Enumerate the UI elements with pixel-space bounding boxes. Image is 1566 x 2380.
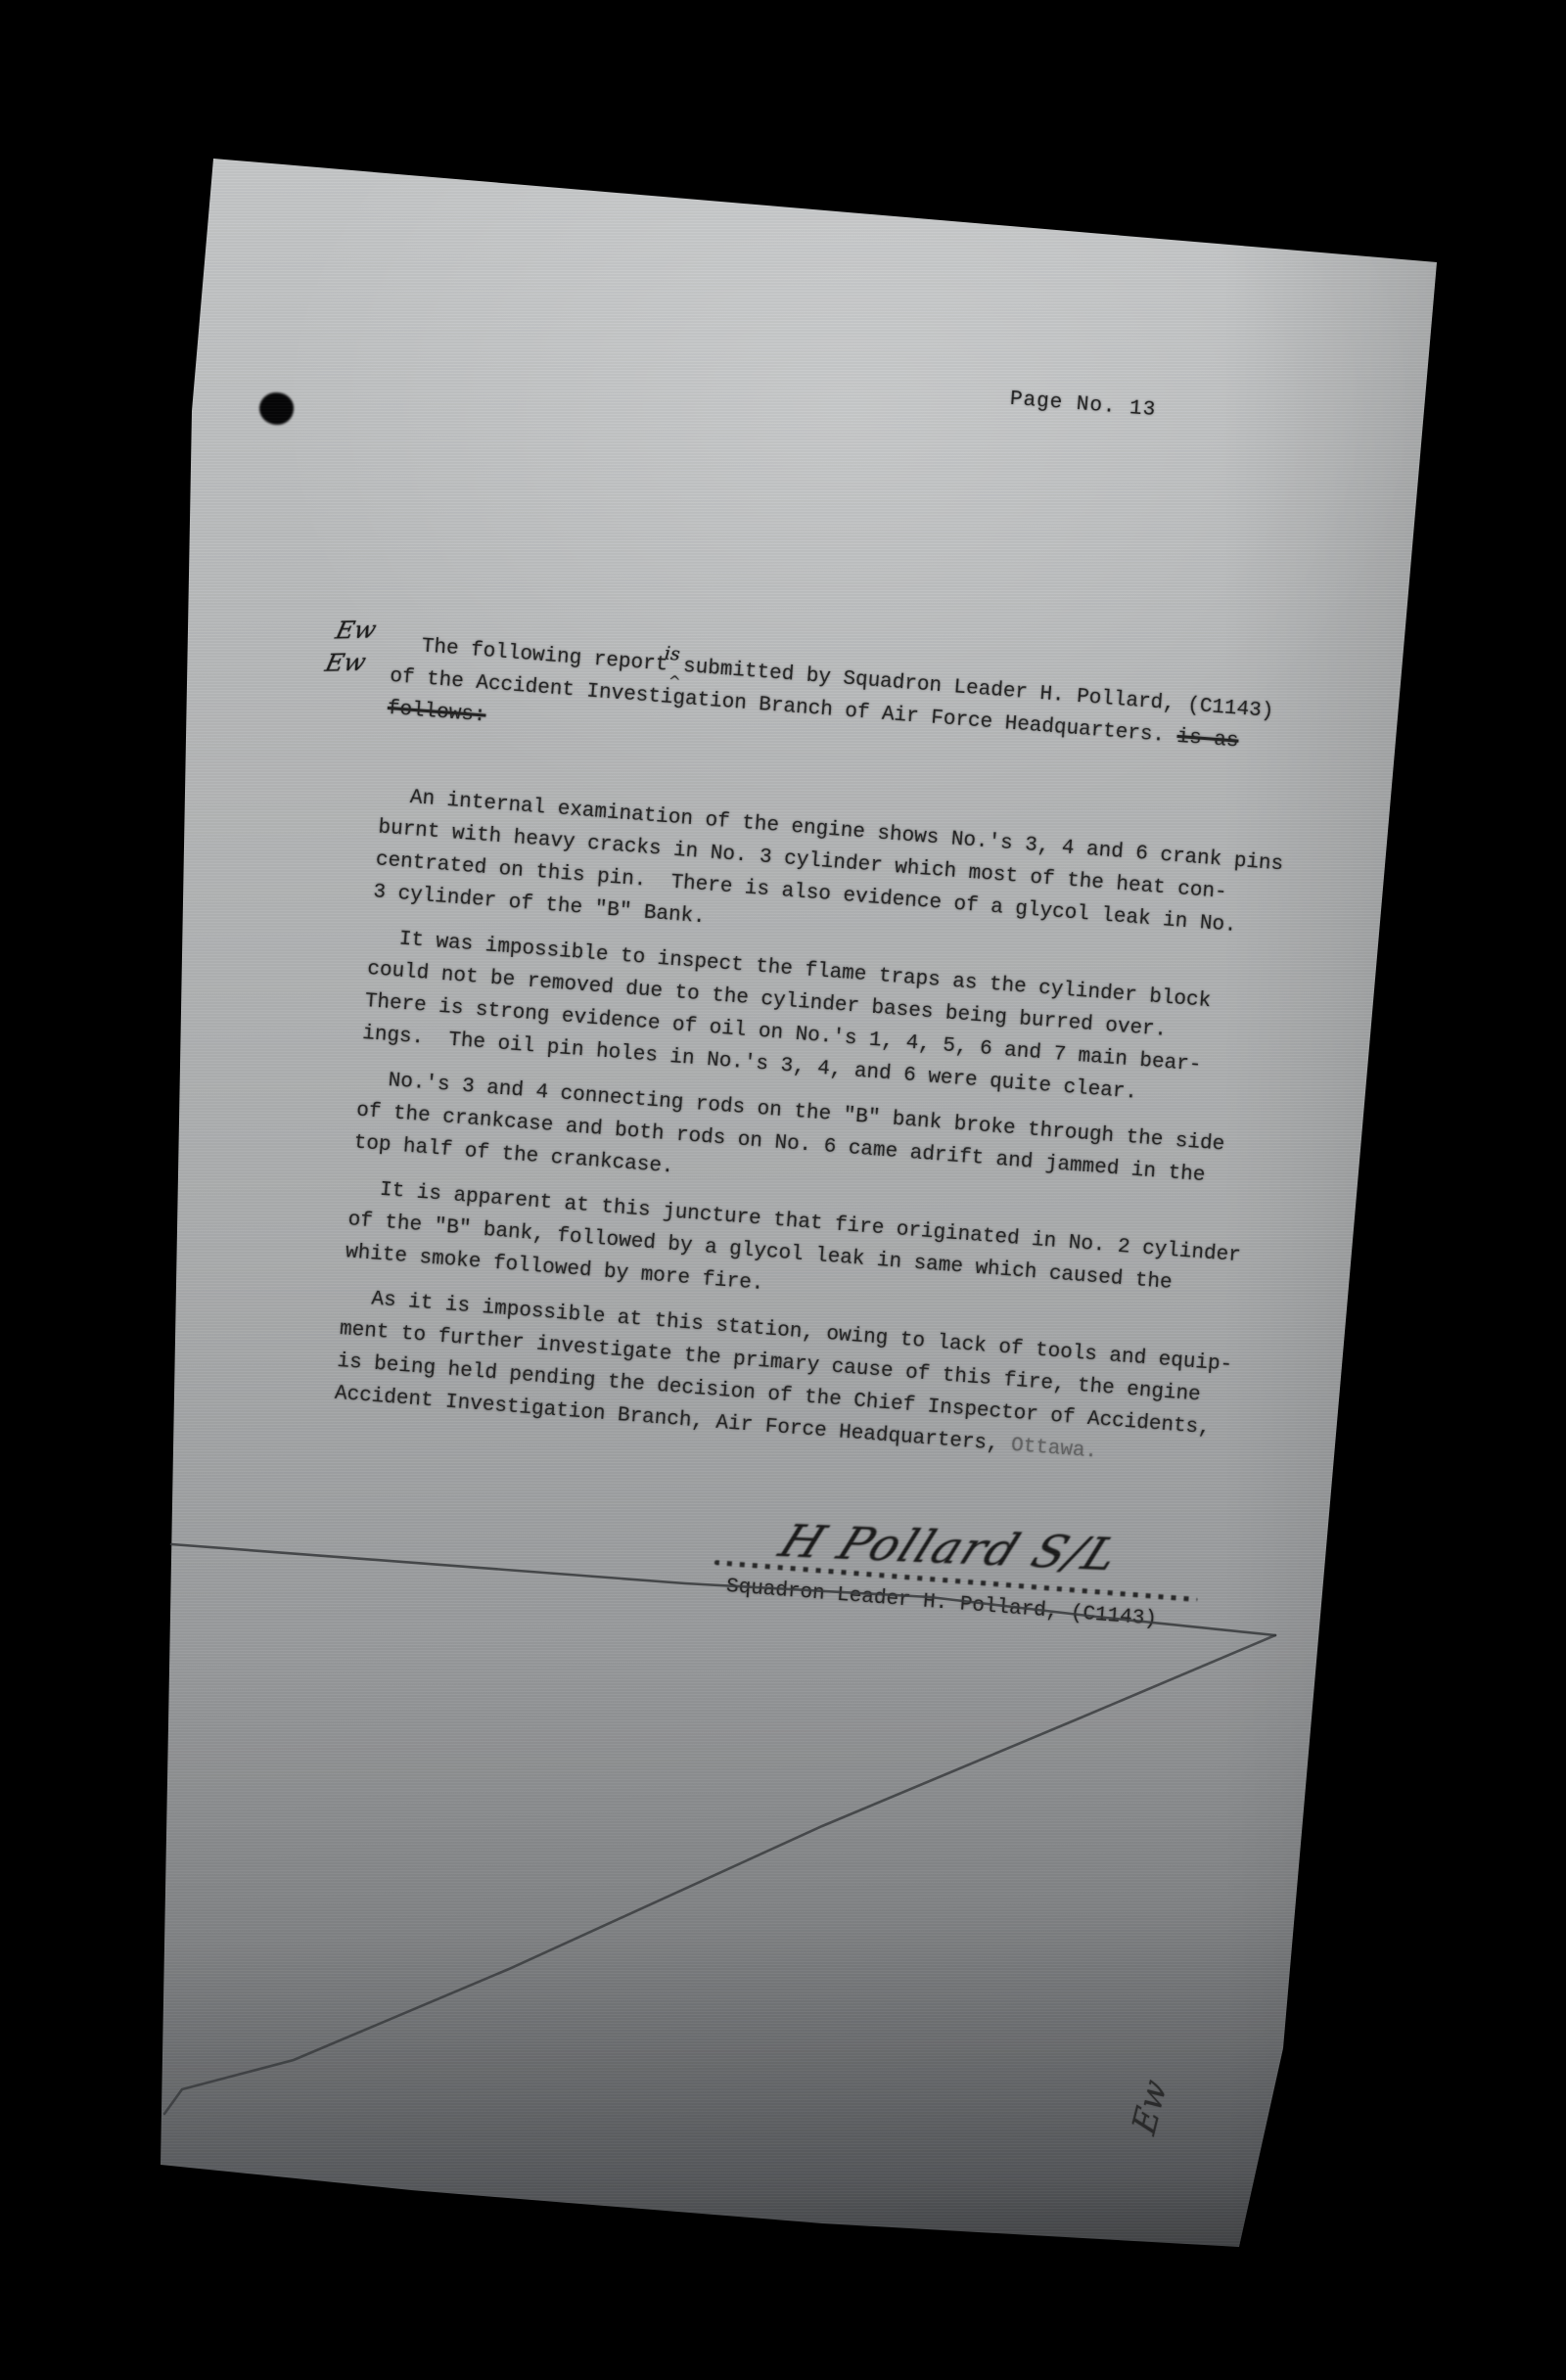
struck-text: is as — [1176, 726, 1240, 754]
struck-text: follows: — [387, 698, 486, 728]
handwritten-inserted-word: is — [664, 644, 680, 664]
handwritten-margin-mark: Ew — [323, 650, 368, 675]
scanned-document-page: Page No. 13 Ew Ew The following reportis… — [0, 0, 1566, 2380]
caret-mark: ^ — [668, 674, 681, 690]
typed-report-body: Page No. 13 Ew Ew The following reportis… — [319, 338, 1402, 1676]
report-heading-paragraph: Ew Ew The following reportis^submitted b… — [387, 628, 1380, 801]
handwritten-margin-mark: Ew — [334, 618, 379, 643]
insertion-point: is^ — [668, 670, 683, 671]
page-number: Page No. 13 — [1009, 384, 1402, 446]
signature-block: H Pollard S/L Squadron Leader H. Pollard… — [710, 1552, 1243, 1671]
photo-background: Page No. 13 Ew Ew The following reportis… — [0, 0, 1566, 2380]
typed-text-faint: Ottawa. — [1010, 1435, 1098, 1464]
ink-blot-mark — [256, 389, 297, 429]
